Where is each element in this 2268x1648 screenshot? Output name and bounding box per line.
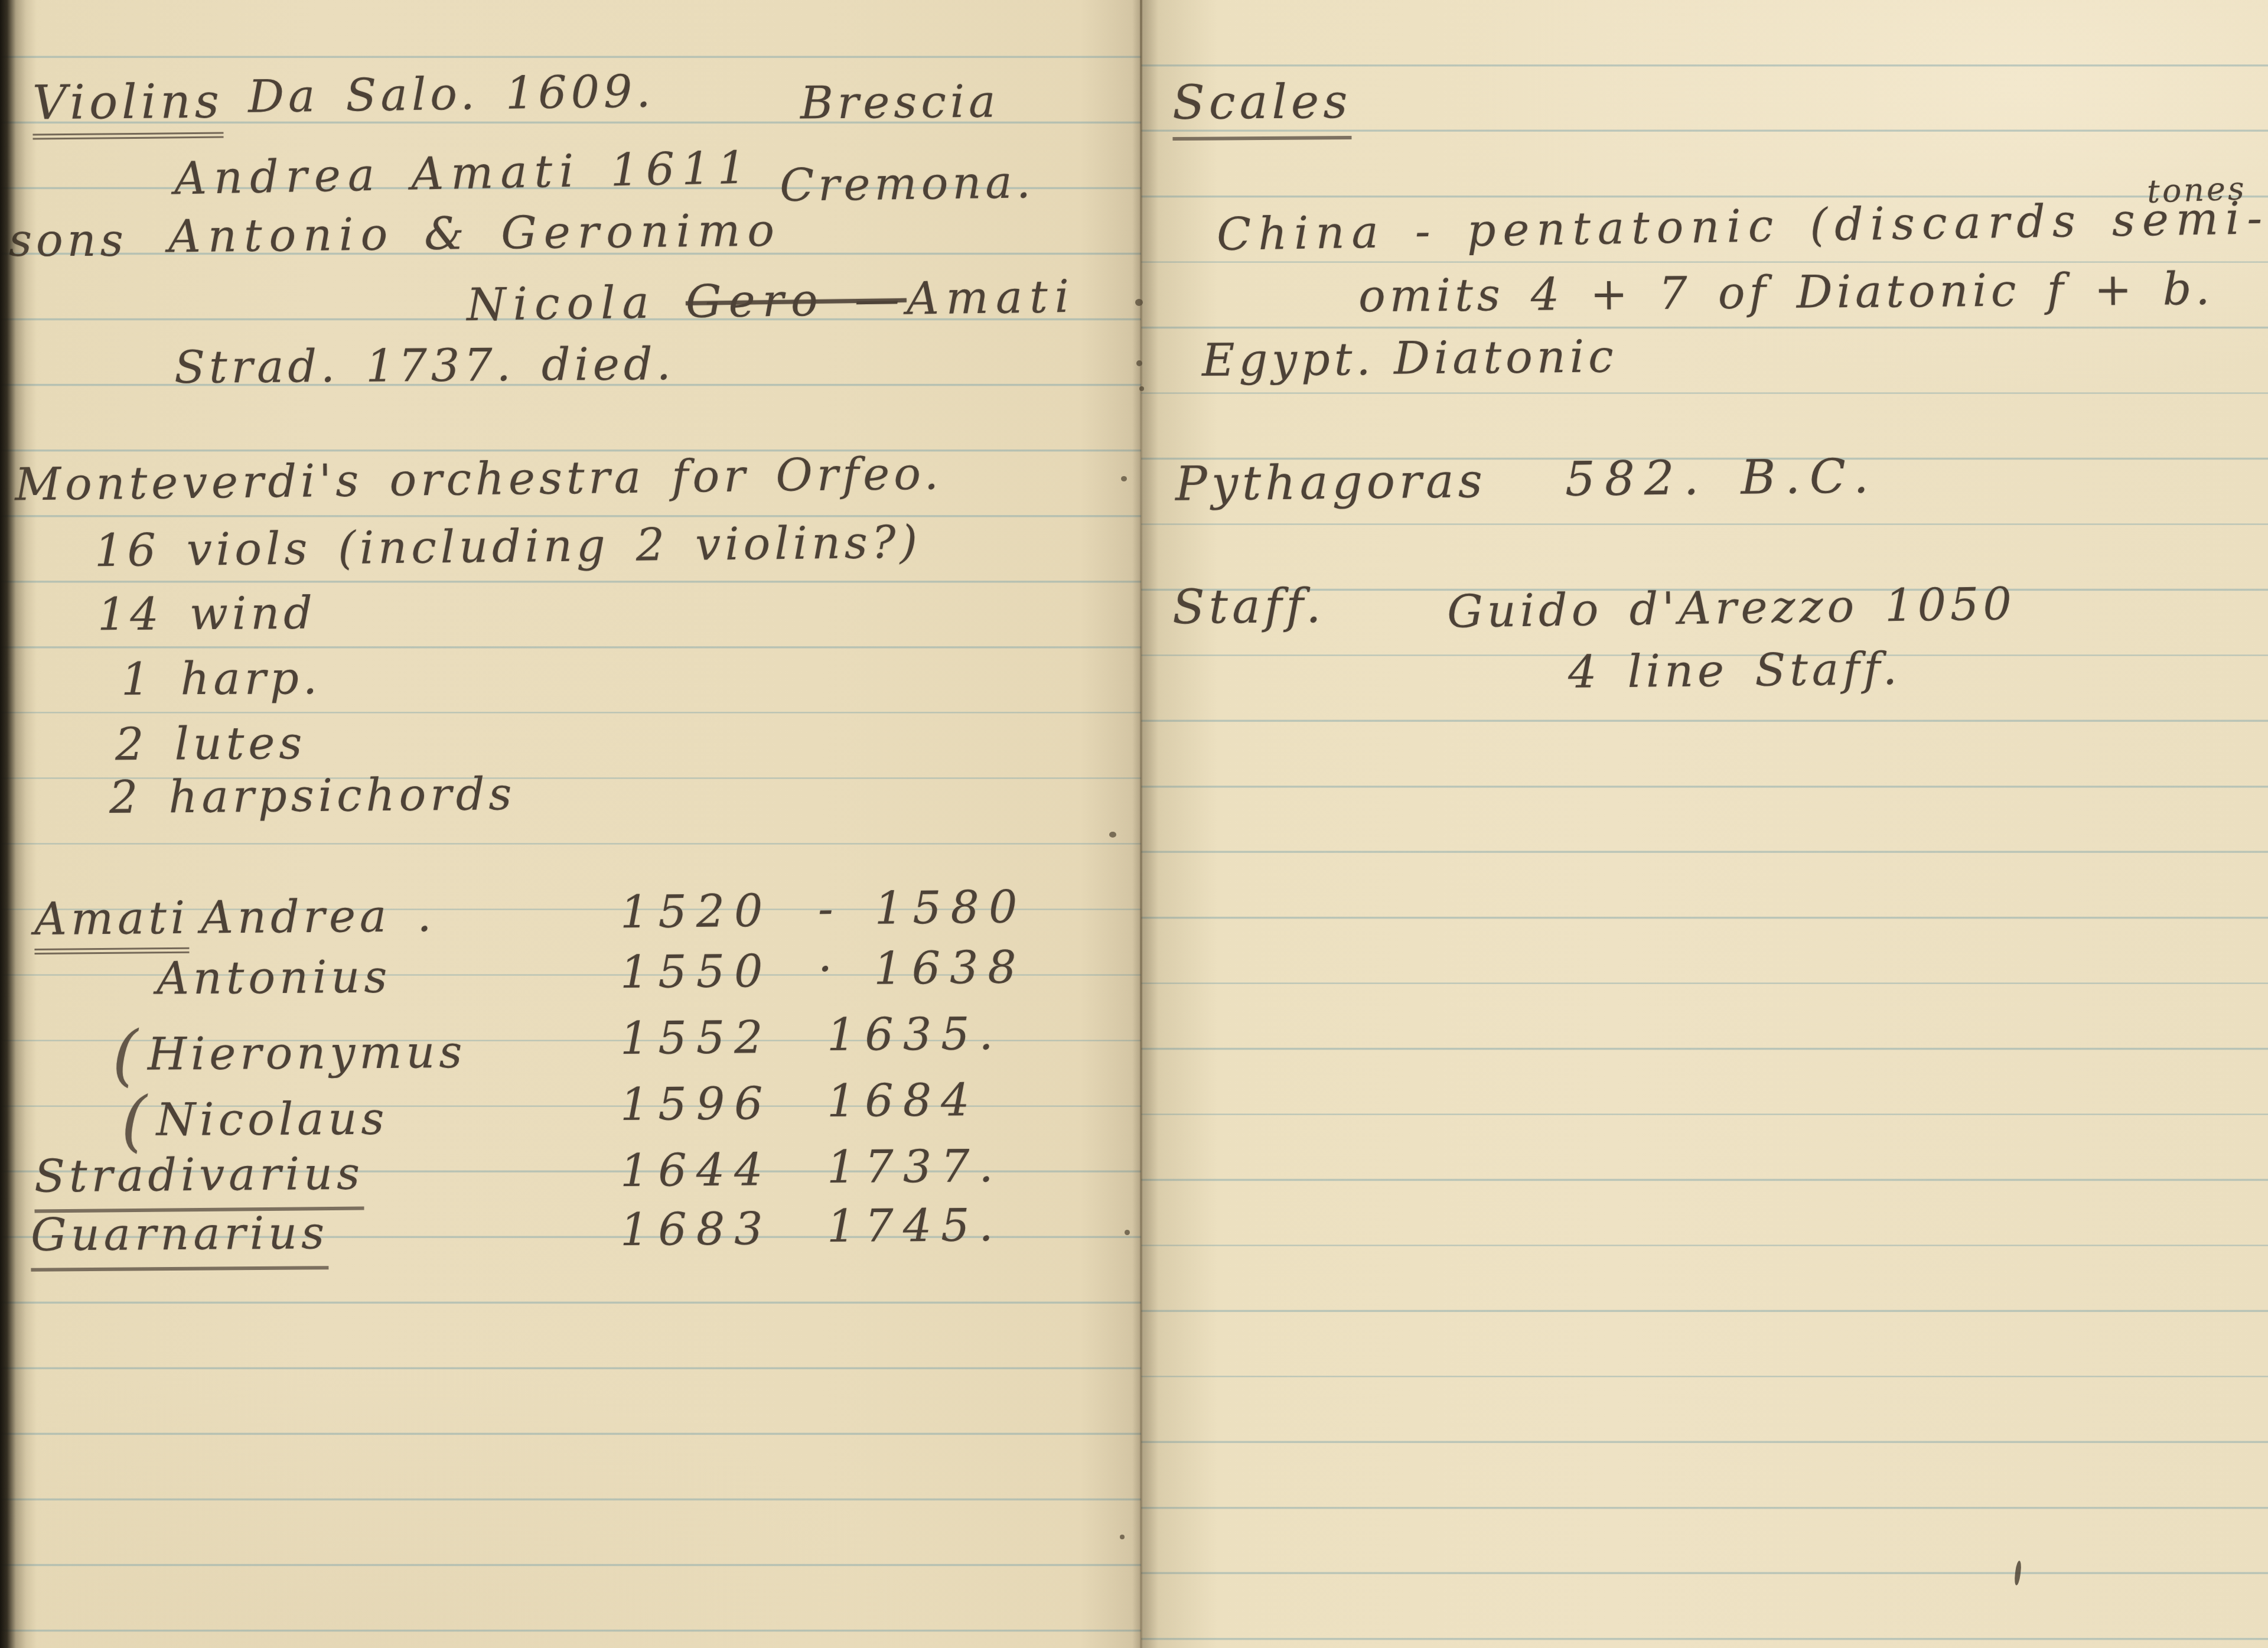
stradivarius-underlined: Stradivarius xyxy=(34,1147,364,1213)
sons-margin-note: sons xyxy=(9,214,128,266)
table-row-died-antonius: · 1638 xyxy=(818,940,1026,995)
table-row-name-amati-andrea: AmatiAndrea . xyxy=(34,889,436,945)
staff-four-line-entry: 4 line Staff. xyxy=(1568,642,1902,698)
binding-stitch-dot xyxy=(1121,476,1127,481)
orchestra-item-harpsichords: 2 harpsichords xyxy=(109,767,516,823)
table-row-name-antonius: Antonius xyxy=(157,950,392,1005)
table-row-died-hieronymus: 1635. xyxy=(827,1007,1003,1061)
notebook-right-page: Scales tones China - pentatonic (discard… xyxy=(1141,0,2268,1648)
binding-stitch-dot xyxy=(1136,360,1142,366)
china-scale-continuation: omits 4 + 7 of Diatonic f + b. xyxy=(1358,262,2214,323)
table-row-born-amati-andrea: 1520 xyxy=(620,884,773,939)
notebook-photo: { "document_type": "handwritten music-hi… xyxy=(0,0,2268,1648)
andrea-amati-entry: Andrea Amati 1611 xyxy=(174,141,753,205)
right-page-heading: Scales xyxy=(1172,74,1352,130)
orchestra-item-wind: 14 wind xyxy=(97,587,317,641)
binding-stitch-dot xyxy=(1109,832,1116,838)
egypt-label: Egypt. xyxy=(1202,333,1375,386)
amati-rest: Andrea . xyxy=(201,889,436,943)
table-row-born-stradivarius: 1644 xyxy=(620,1143,773,1197)
table-row-name-stradivarius: Stradivarius xyxy=(34,1147,364,1203)
table-row-died-stradivarius: 1737. xyxy=(827,1139,1003,1193)
left-page-heading: Violins xyxy=(32,74,224,131)
table-row-died-nicolaus: 1684 xyxy=(827,1073,979,1127)
orchestra-title: Monteverdi's orchestra for Orfeo. xyxy=(15,447,943,510)
pythagoras-name: Pythagoras xyxy=(1175,453,1487,512)
table-row-died-amati-andrea: - 1580 xyxy=(818,880,1027,935)
table-row-died-guarnarius: 1745. xyxy=(827,1198,1003,1252)
violins-heading-underlined: Violins xyxy=(32,74,224,140)
dasalo-entry: Da Salo. 1609. xyxy=(247,64,655,123)
table-row-name-guarnarius: Guarnarius xyxy=(31,1206,329,1261)
strad-died-entry: Strad. 1737. died. xyxy=(174,337,675,393)
hieronymus-name: Hieronymus xyxy=(147,1025,466,1080)
staff-label: Staff. xyxy=(1172,578,1325,634)
nicolaus-name: Nicolaus xyxy=(156,1092,388,1146)
binding-stitch-dot xyxy=(1120,1535,1125,1539)
nicola-struck-word: Gero — xyxy=(685,272,907,328)
nicola-amati-entry: Nicola Gero —Amati xyxy=(466,270,1076,331)
dasalo-place: Brescia xyxy=(800,75,1000,129)
andrea-amati-place: Cremona. xyxy=(779,155,1035,211)
orchestra-item-lutes: 2 lutes xyxy=(115,716,307,770)
nicolaus-brace: ( xyxy=(121,1083,147,1160)
binding-stitch-dot xyxy=(1125,1230,1130,1235)
antonio-geronimo-entry: Antonio & Geronimo xyxy=(168,204,782,263)
pythagoras-date: 582. B.C. xyxy=(1565,448,1879,507)
binding-stitch-dot xyxy=(1135,299,1143,306)
nicola-post: Amati xyxy=(906,270,1076,325)
staff-guido-entry: Guido d'Arezzo 1050 xyxy=(1446,577,2016,637)
orchestra-item-viols: 16 viols (including 2 violins?) xyxy=(94,516,922,577)
china-scale-entry: China - pentatonic (discards semi- xyxy=(1216,191,2268,260)
notebook-left-page: Violins Da Salo. 1609. Brescia Andrea Am… xyxy=(0,0,1141,1648)
nicola-pre: Nicola xyxy=(466,275,686,331)
table-row-born-guarnarius: 1683 xyxy=(620,1202,773,1256)
egypt-scale-entry: Diatonic xyxy=(1394,330,1618,384)
orchestra-item-harp: 1 harp. xyxy=(121,652,321,705)
binding-stitch-dot xyxy=(1139,386,1144,391)
table-row-born-nicolaus: 1596 xyxy=(620,1077,773,1131)
scales-heading-underlined: Scales xyxy=(1172,74,1352,141)
guarnarius-underlined: Guarnarius xyxy=(31,1206,329,1272)
table-row-born-antonius: 1550 xyxy=(620,944,773,998)
amati-underlined: Amati xyxy=(34,891,190,955)
table-row-born-hieronymus: 1552 xyxy=(620,1011,773,1064)
